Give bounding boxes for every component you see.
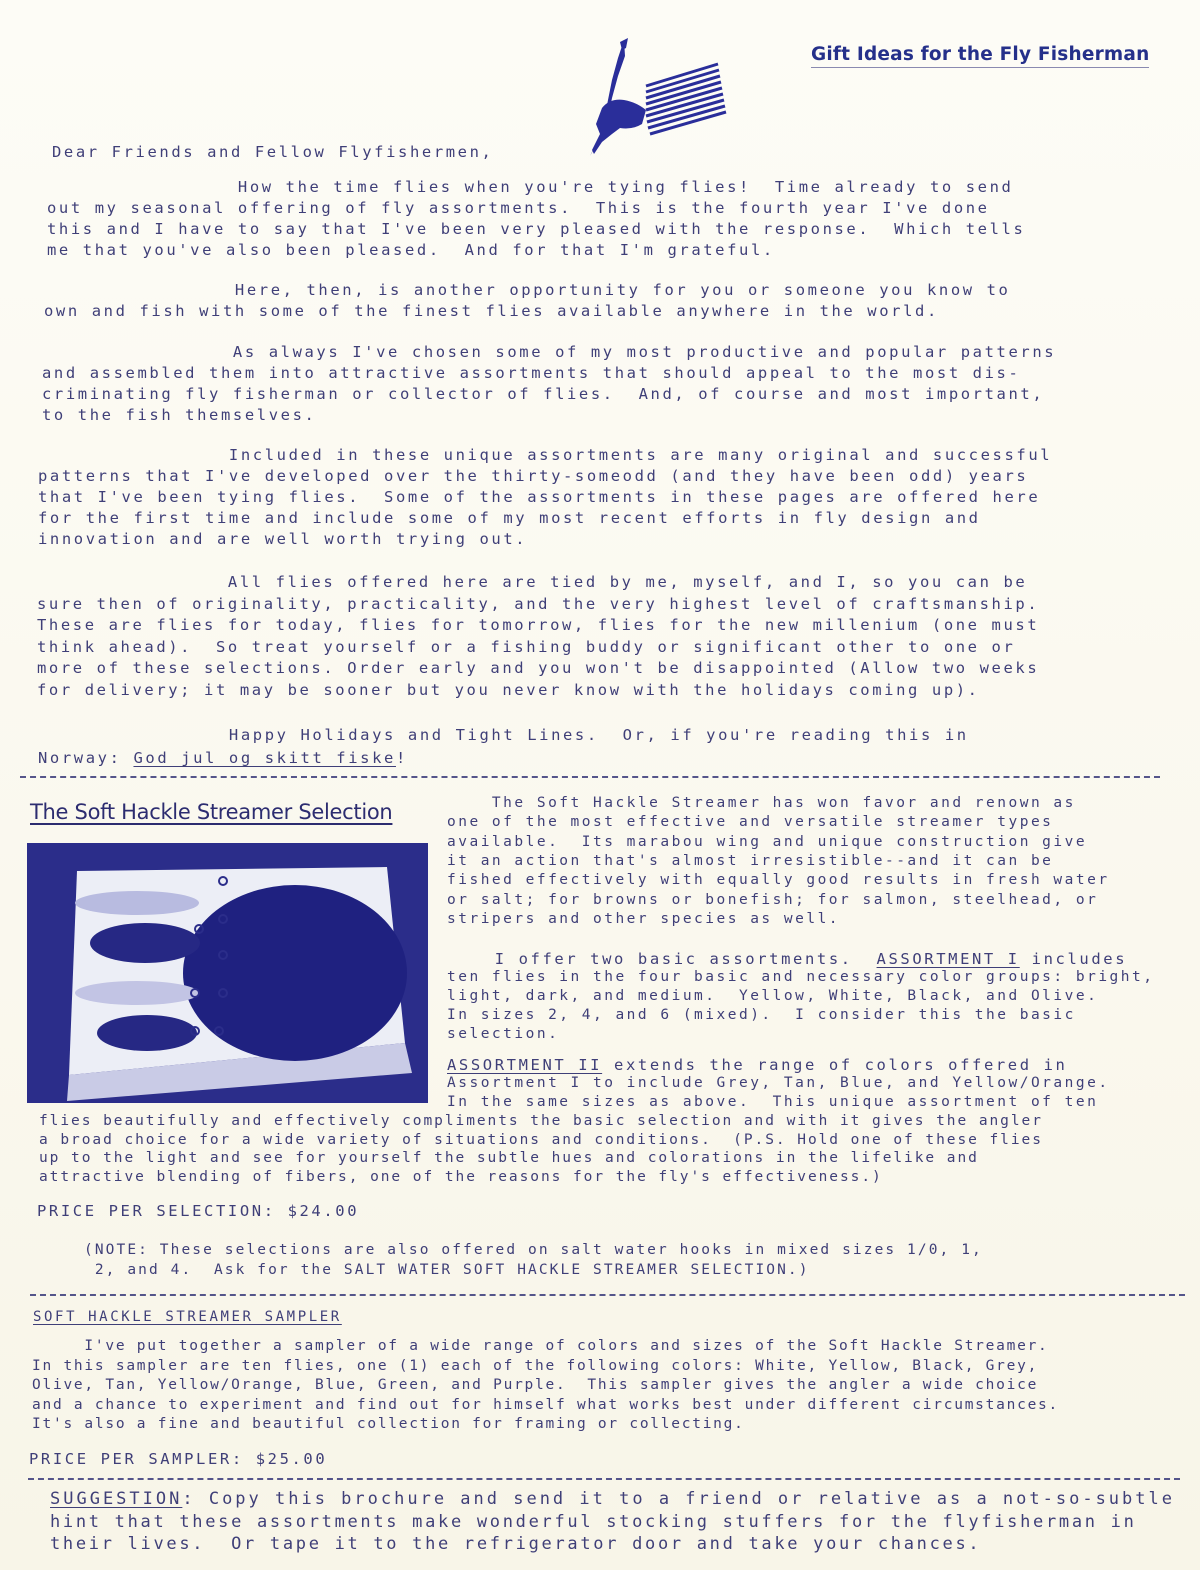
text-line: available. Its marabou wing and unique c… xyxy=(447,834,1087,850)
text-line: All flies offered here are tied by me, m… xyxy=(37,573,1027,591)
text-line: this and I have to say that I've been ve… xyxy=(47,220,1025,238)
text-line: In sizes 2, 4, and 6 (mixed). I consider… xyxy=(447,1007,1076,1023)
assortment-intro: I offer two basic assortments. xyxy=(447,950,877,968)
closing-line: Happy Holidays and Tight Lines. Or, if y… xyxy=(38,726,969,744)
text-line: patterns that I've developed over the th… xyxy=(38,467,1028,485)
fly-box-photo xyxy=(27,843,428,1103)
assortment-1-post: includes xyxy=(1020,950,1127,968)
text-line: How the time flies when you're tying fli… xyxy=(47,178,1013,196)
text-line: for the first time and include some of m… xyxy=(38,509,981,527)
text-line: to the fish themselves. xyxy=(42,406,316,424)
text-line: own and fish with some of the finest fli… xyxy=(44,302,939,320)
text-line: As always I've chosen some of my most pr… xyxy=(42,343,1056,361)
assortment-2-label: ASSORTMENT II xyxy=(447,1056,602,1074)
suggestion-first-line: SUGGESTION: Copy this brochure and send … xyxy=(50,1489,1175,1509)
assortment-2-line: ASSORTMENT II extends the range of color… xyxy=(447,1056,1067,1074)
text-line: more of these selections. Order early an… xyxy=(37,659,1039,677)
suggestion-label: SUGGESTION xyxy=(50,1489,182,1509)
text-line: their lives. Or tape it to the refrigera… xyxy=(50,1534,981,1554)
text-line: light, dark, and medium. Yellow, White, … xyxy=(447,988,1098,1004)
text-line: ten flies in the four basic and necessar… xyxy=(447,969,1154,985)
closing-prefix: Norway: xyxy=(38,749,133,767)
text-line: 2, and 4. Ask for the SALT WATER SOFT HA… xyxy=(84,1262,810,1278)
assortment-1-label: ASSORTMENT I xyxy=(877,950,1020,968)
divider xyxy=(20,776,1160,778)
text-line: criminating fly fisherman or collector o… xyxy=(42,385,1044,403)
assortment-2-post: extends the range of colors offered in xyxy=(602,1056,1067,1074)
text-line: think ahead). So treat yourself or a fis… xyxy=(37,638,1015,656)
text-line: In this sampler are ten flies, one (1) e… xyxy=(32,1358,1038,1374)
sampler-price: PRICE PER SAMPLER: $25.00 xyxy=(29,1450,327,1468)
text-line: it an action that's almost irresistible-… xyxy=(447,853,1053,869)
text-line: The Soft Hackle Streamer has won favor a… xyxy=(447,795,1076,811)
assortment-1-line: I offer two basic assortments. ASSORTMEN… xyxy=(447,950,1127,968)
text-line: a broad choice for a wide variety of sit… xyxy=(39,1132,1043,1148)
divider xyxy=(30,1294,1185,1296)
divider xyxy=(28,1478,1180,1480)
text-line: out my seasonal offering of fly assortme… xyxy=(47,199,990,217)
text-line: selection. xyxy=(447,1026,559,1042)
text-line: for delivery; it may be sooner but you n… xyxy=(37,681,980,699)
closing-suffix: ! xyxy=(396,749,408,767)
brochure-title: Gift Ideas for the Fly Fisherman xyxy=(811,44,1149,68)
salutation: Dear Friends and Fellow Flyfishermen, xyxy=(52,143,493,161)
text-line: These are flies for today, flies for tom… xyxy=(37,616,1039,634)
quill-hand-letter-icon xyxy=(572,38,732,158)
suggestion-text: : Copy this brochure and send it to a fr… xyxy=(182,1489,1175,1509)
text-line: or salt; for browns or bonefish; for sal… xyxy=(447,892,1098,908)
text-line: Olive, Tan, Yellow/Orange, Blue, Green, … xyxy=(32,1377,1038,1393)
section-title: The Soft Hackle Streamer Selection xyxy=(30,800,392,824)
text-line: and assembled them into attractive assor… xyxy=(42,364,1020,382)
text-line: that I've been tying flies. Some of the … xyxy=(38,488,1040,506)
text-line: fished effectively with equally good res… xyxy=(447,872,1110,888)
text-line: In the same sizes as above. This unique … xyxy=(447,1094,1098,1110)
text-line: me that you've also been pleased. And fo… xyxy=(47,241,775,259)
closing-norway: Norway: God jul og skitt fiske! xyxy=(38,749,408,767)
text-line: Here, then, is another opportunity for y… xyxy=(44,281,1010,299)
selection-price: PRICE PER SELECTION: $24.00 xyxy=(37,1202,359,1220)
text-line: up to the light and see for yourself the… xyxy=(39,1150,979,1166)
text-line: and a chance to experiment and find out … xyxy=(32,1397,1059,1413)
sampler-title: SOFT HACKLE STREAMER SAMPLER xyxy=(33,1309,342,1325)
text-line: It's also a fine and beautiful collectio… xyxy=(32,1416,745,1432)
norwegian-greeting: God jul og skitt fiske xyxy=(133,749,396,767)
text-line: hint that these assortments make wonderf… xyxy=(50,1512,1137,1532)
text-line: attractive blending of fibers, one of th… xyxy=(39,1169,883,1185)
text-line: Assortment I to include Grey, Tan, Blue,… xyxy=(447,1075,1110,1091)
text-line: flies beautifully and effectively compli… xyxy=(39,1113,1043,1129)
text-line: I've put together a sampler of a wide ra… xyxy=(32,1338,1049,1354)
text-line: one of the most effective and versatile … xyxy=(447,814,1053,830)
brochure-page: Gift Ideas for the Fly Fisherman Dear Fr… xyxy=(0,0,1200,1570)
text-line: innovation and are well worth trying out… xyxy=(38,530,527,548)
text-line: (NOTE: These selections are also offered… xyxy=(84,1242,983,1258)
text-line: sure then of originality, practicality, … xyxy=(37,595,1039,613)
text-line: Included in these unique assortments are… xyxy=(38,446,1052,464)
text-line: stripers and other species as well. xyxy=(447,911,840,927)
